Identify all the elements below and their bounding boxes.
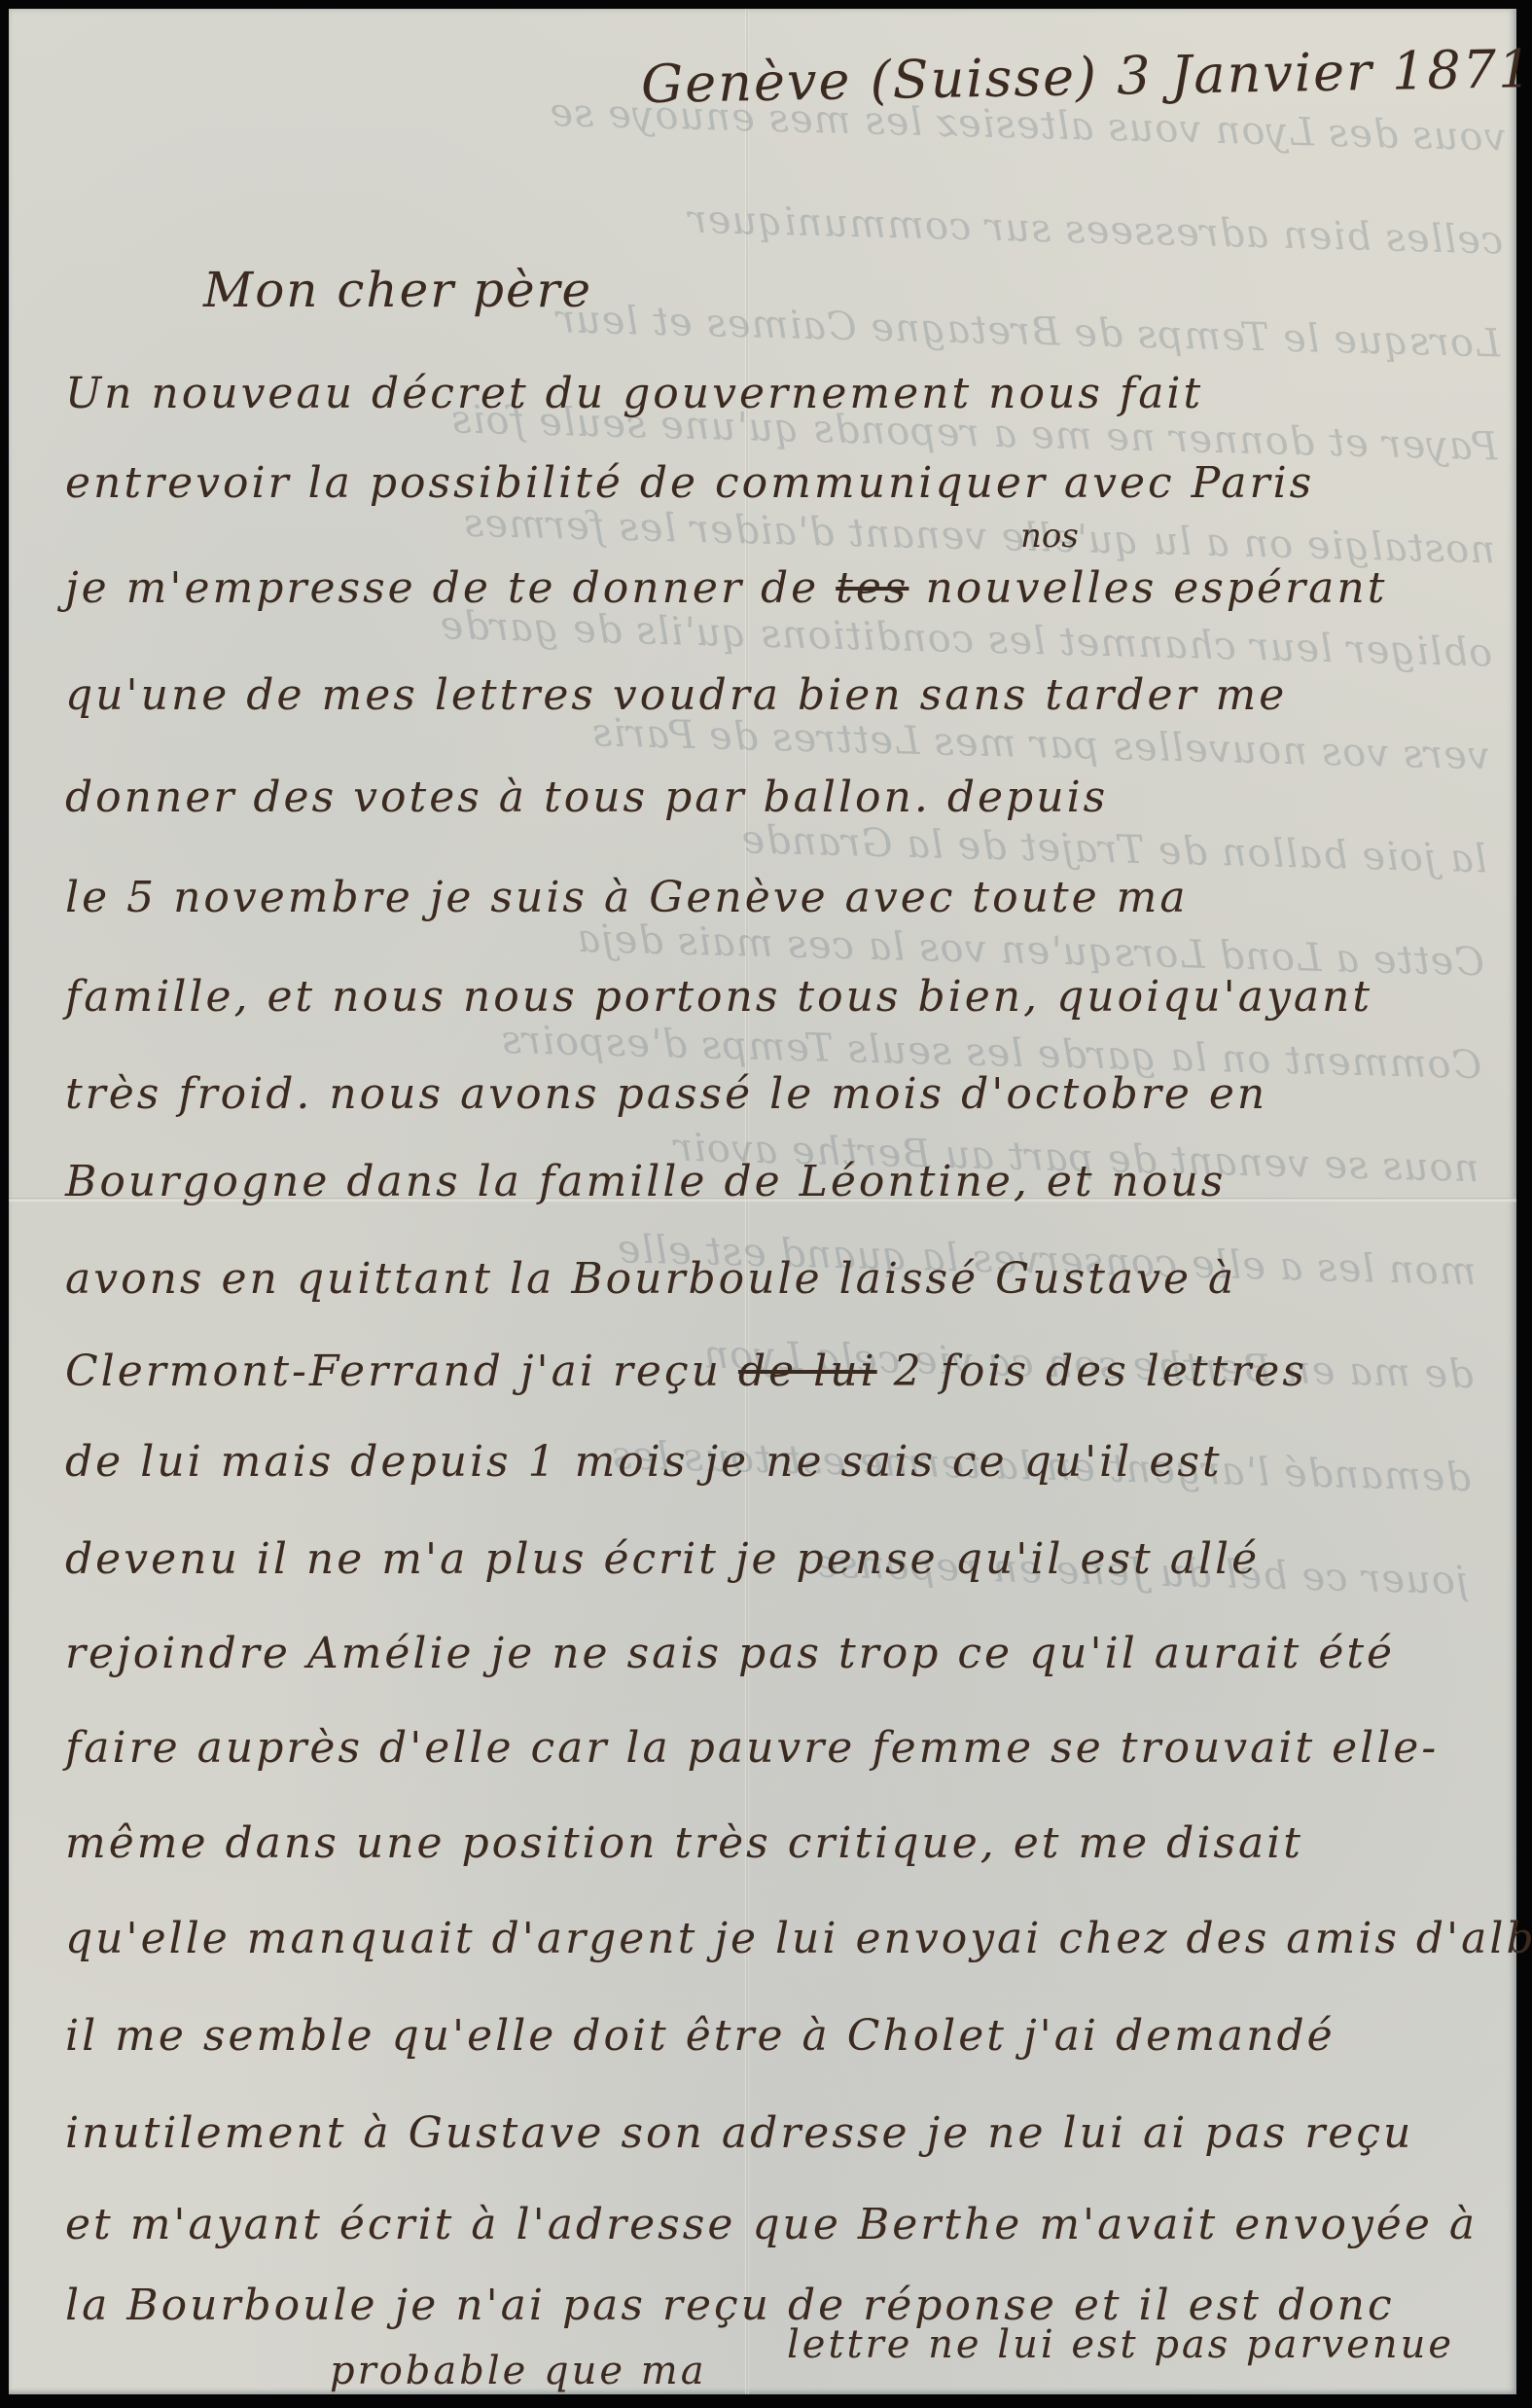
line-segment: 2 fois des lettres: [877, 1347, 1307, 1396]
letter-line: famille, et nous nous portons tous bien,…: [65, 972, 1505, 1022]
salutation: Mon cher père: [203, 262, 592, 318]
letter-line: je m'empresse de te donner de tes nouvel…: [65, 563, 1505, 613]
letter-line: faire auprès d'elle car la pauvre femme …: [65, 1723, 1505, 1773]
insertion-above-line: nos: [1020, 517, 1079, 556]
letter-line: probable que ma: [330, 2349, 816, 2393]
letter-line: de lui mais depuis 1 mois je ne sais ce …: [65, 1437, 1505, 1487]
letter-line: Clermont-Ferrand j'ai reçu de lui 2 fois…: [65, 1347, 1505, 1396]
letter-line: il me semble qu'elle doit être à Cholet …: [65, 2011, 1505, 2061]
letter-line: très froid. nous avons passé le mois d'o…: [65, 1069, 1505, 1119]
letter-text: Genève (Suisse) 3 Janvier 1871. Mon cher…: [9, 9, 1516, 2394]
letter-line: qu'une de mes lettres voudra bien sans t…: [65, 670, 1505, 720]
letter-page: vous des Lyon vous altesiez les mes enuo…: [9, 9, 1516, 2394]
dateline: Genève (Suisse) 3 Janvier 1871.: [641, 38, 1532, 115]
letter-line: inutilement à Gustave son adresse je ne …: [65, 2108, 1505, 2158]
letter-line: et m'ayant écrit à l'adresse que Berthe …: [65, 2200, 1505, 2249]
letter-line: avons en quittant la Bourboule laissé Gu…: [65, 1254, 1505, 1304]
letter-line: lettre ne lui est pas parvenue: [787, 2322, 1526, 2367]
letter-line: le 5 novembre je suis à Genève avec tout…: [65, 873, 1505, 922]
struck-word: tes: [836, 563, 909, 613]
letter-line: Bourgogne dans la famille de Léontine, e…: [65, 1157, 1505, 1206]
line-segment: nouvelles espérant: [909, 563, 1387, 613]
letter-line: qu'elle manquait d'argent je lui envoyai…: [65, 1914, 1505, 1963]
letter-line: Un nouveau décret du gouvernement nous f…: [65, 369, 1505, 418]
struck-word: de lui: [738, 1347, 877, 1396]
line-segment: Clermont-Ferrand j'ai reçu: [65, 1347, 738, 1396]
letter-line: donner des votes à tous par ballon. depu…: [65, 773, 1505, 822]
line-segment: je m'empresse de te donner de: [65, 563, 836, 613]
letter-line: entrevoir la possibilité de communiquer …: [65, 458, 1505, 508]
letter-line: rejoindre Amélie je ne sais pas trop ce …: [65, 1629, 1505, 1678]
letter-line: devenu il ne m'a plus écrit je pense qu'…: [65, 1534, 1505, 1584]
letter-line: même dans une position très critique, et…: [65, 1818, 1505, 1868]
